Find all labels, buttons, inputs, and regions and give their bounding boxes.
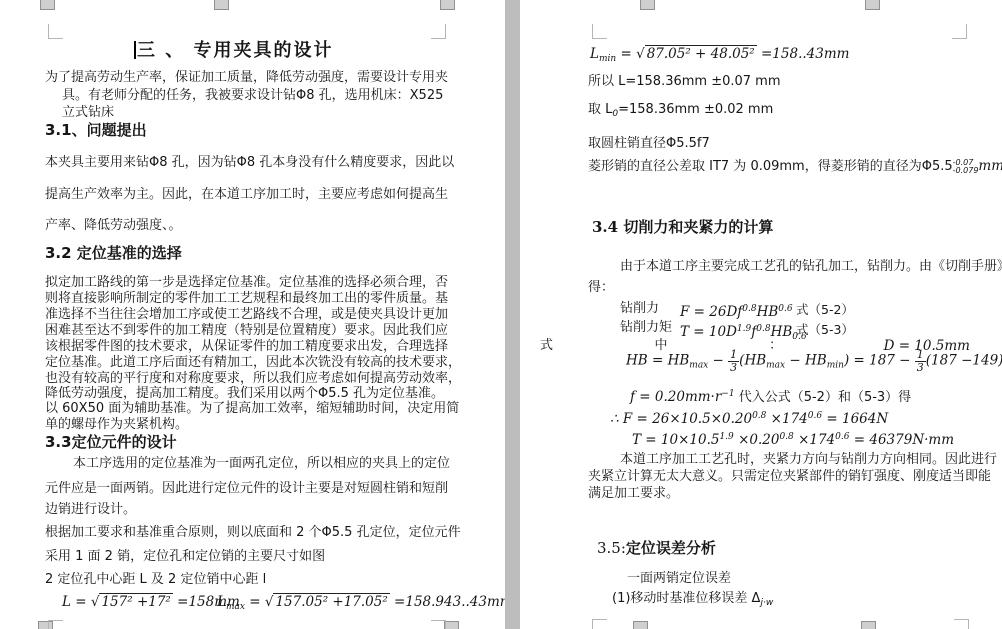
paragraph-line: 定位基准。此道工序后面还有精加工，因此本次铣没有较高的技术要求，: [45, 355, 461, 371]
paragraph-line: 菱形销的直径公差取 IT7 为 0.09mm，得菱形销的直径为Φ5.5-0.07…: [588, 158, 1002, 175]
paragraph-line: 所以 L=158.36mm ±0.07 mm: [588, 74, 781, 90]
paragraph-line: 根据加工要求和基准重合原则，则以底面和 2 个Φ5.5 孔定位，定位元件: [45, 525, 461, 541]
page-edge-mark: [865, 0, 880, 10]
paragraph-line: 单的螺母作为夹紧机构。: [45, 417, 188, 433]
paragraph-line: 边销进行设计。: [45, 502, 136, 518]
formula-f: f = 0.20mm·r−1 代入公式（5-2）和（5-3）得: [630, 386, 911, 406]
paragraph-line: 采用 1 面 2 销，定位孔和定位销的主要尺寸如图: [45, 549, 325, 565]
formula-HB: HB = HBmax − 13(HBmax − HBmin) = 187 − 1…: [626, 349, 1002, 374]
formula-F-label: 钻削力: [620, 301, 659, 317]
formula-F: F = 26Df0.8HB0.6: [680, 301, 793, 320]
page-edge-mark: [444, 621, 459, 629]
formula-L: L = √157² +17² =158mm: [62, 594, 240, 610]
paragraph-line: 降低劳动强度，提高加工精度。我们采用以两个Φ5.5 孔为定位基准。: [45, 386, 444, 402]
heading-3-4: 3.4 切削力和夹紧力的计算: [592, 218, 773, 236]
paragraph-line: 满足加工要求。: [588, 486, 679, 502]
page-edge-mark: [40, 0, 55, 10]
paragraph-line: 本工序选用的定位基准为一面两孔定位，所以相应的夹具上的定位: [73, 456, 450, 472]
equation-tag: 式（5-2）: [796, 302, 854, 318]
paragraph-line: (1)移动时基准位移误差 Δj·w: [612, 591, 773, 611]
tolerance-stack: -0.07-0.079: [953, 159, 979, 175]
page-1[interactable]: 三 、 专用夹具的设计 为了提高劳动生产率，保证加工质量，降低劳动强度，需要设计…: [0, 0, 505, 629]
crop-mark: [954, 619, 969, 629]
page-gutter: [505, 0, 520, 629]
heading-3-2: 3.2 定位基准的选择: [45, 244, 182, 262]
paragraph-line: 提高生产效率为主。因此，在本道工序加工时，主要应考虑如何提高生: [45, 187, 448, 203]
paragraph-line: 夹紧立计算无太大意义。只需定位夹紧部件的销钉强度、刚度适当即能: [588, 469, 991, 485]
page-edge-mark: [861, 621, 876, 629]
crop-mark: [48, 620, 63, 629]
formula-F-result: ∴ F = 26×10.5×0.200.8 ×1740.6 = 1664N: [610, 408, 888, 427]
formula-Lmax: Lmax = √157.05² +17.05² =158.943..43mm: [217, 594, 513, 615]
paragraph-line: 该根据零件图的技术要求，从保证零件的加工精度要求出发，合理选择: [45, 339, 448, 355]
paragraph-line: 本道工序加工工艺孔时，夹紧力方向与钻削力方向相同。因此进行: [620, 452, 997, 468]
paragraph-line: 本夹具主要用来钻Φ8 孔，因为钻Φ8 孔本身没有什么精度要求，因此以: [45, 155, 454, 171]
paragraph-line: 以 60X50 面为辅助基准。为了提高加工效率，缩短辅助时间，决定用简: [45, 401, 459, 417]
crop-mark: [952, 24, 967, 39]
crop-mark: [592, 24, 607, 39]
heading-3-3: 3.3定位元件的设计: [45, 433, 177, 451]
equation-tag: 式（5-3）: [796, 322, 854, 338]
crop-mark: [48, 24, 63, 39]
fraction: 13: [728, 349, 739, 373]
paragraph-line: 元件应是一面两销。因此进行定位元件的设计主要是对短圆柱销和短削: [45, 481, 448, 497]
paragraph-line: 也没有较高的平行度和对称度要求，所以我们应考虑如何提高劳动效率，: [45, 371, 461, 387]
paragraph-line: 为了提高劳动生产率，保证加工质量，降低劳动强度，需要设计专用夹: [45, 70, 448, 86]
heading-3-5: 3.5:定位误差分析: [597, 539, 716, 557]
paragraph-line: 2 定位孔中心距 L 及 2 定位销中心距 l: [45, 572, 266, 588]
paragraph-line: 一面两销定位误差: [627, 571, 731, 587]
paragraph-line: 拟定加工路线的第一步是选择定位基准。定位基准的选择必须合理，否: [45, 275, 448, 291]
paragraph-line: 取圆柱销直径Φ5.5f7: [588, 136, 710, 152]
heading-3-1: 3.1、问题提出: [45, 121, 147, 139]
crop-mark: [431, 24, 446, 39]
paragraph-line: 立式钻床: [62, 105, 114, 121]
formula-T-label: 钻削力矩: [620, 320, 672, 336]
crop-mark: [592, 619, 607, 629]
paragraph-line: 困难甚至达不到零件的加工精度（特别是位置精度）要求。因此我们应: [45, 323, 448, 339]
paragraph-line: 则将直接影响所制定的零件加工工艺规程和最终加工出的零件质量。基: [45, 291, 448, 307]
formula-Lmin: Lmin = √87.05² + 48.05² =158..43mm: [590, 46, 849, 67]
formula-T-result: T = 10×10.51.9 ×0.200.8 ×1740.6 = 46379N…: [632, 429, 954, 448]
page-edge-mark: [440, 0, 455, 10]
page-2[interactable]: Lmin = √87.05² + 48.05² =158..43mm 所以 L=…: [520, 0, 1002, 629]
document-view: 三 、 专用夹具的设计 为了提高劳动生产率，保证加工质量，降低劳动强度，需要设计…: [0, 0, 1002, 629]
crop-mark: [431, 620, 446, 629]
page-edge-mark: [640, 0, 655, 10]
paragraph-line: 产率、降低劳动强度、。: [45, 218, 182, 234]
document-title: 三 、 专用夹具的设计: [134, 40, 334, 62]
paragraph-line: 准选择不当往往会增加工序或使工艺路线不合理，或是使夹具设计更加: [45, 307, 448, 323]
paragraph-line: 具。有老师分配的任务，我被要求设计钻Φ8 孔，选用机床：X525: [62, 88, 443, 104]
title-text: 三 、 专用夹具的设计: [137, 40, 334, 61]
page-edge-mark: [633, 621, 648, 629]
fraction: 13: [915, 349, 926, 373]
paragraph-line: 取 L0=158.36mm ±0.02 mm: [588, 102, 773, 122]
page-edge-mark: [214, 0, 229, 10]
paragraph-line: 由于本道工序主要完成工艺孔的钻孔加工，钻削力。由《切削手册》: [620, 259, 1002, 275]
text-cursor: [134, 41, 136, 59]
paragraph-line: 得：: [588, 280, 614, 296]
